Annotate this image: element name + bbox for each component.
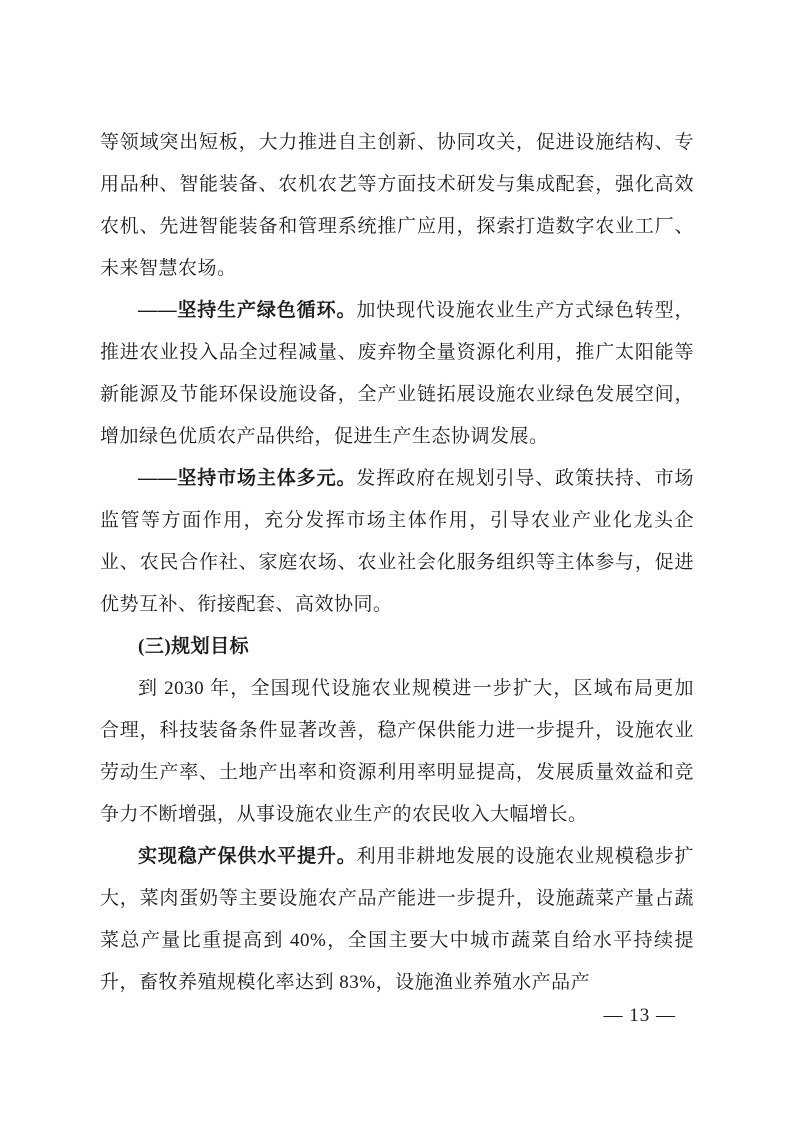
paragraph-2030-goals: 到 2030 年，全国现代设施农业规模进一步扩大，区域布局更加合理，科技装备条件… [100, 668, 694, 836]
document-page: 等领域突出短板，大力推进自主创新、协同攻关，促进设施结构、专用品种、智能装备、农… [0, 0, 794, 1123]
page-number: — 13 — [604, 1000, 677, 1032]
paragraph-stable-supply-level: 实现稳产保供水平提升。利用非耕地发展的设施农业规模稳步扩大，菜肉蛋奶等主要设施农… [100, 836, 694, 1004]
paragraph-green-production-principle: ——坚持生产绿色循环。加快现代设施农业生产方式绿色转型，推进农业投入品全过程减量… [100, 290, 694, 458]
section-heading-text: (三)规划目标 [138, 636, 249, 657]
paragraph-text: 加快现代设施农业生产方式绿色转型，推进农业投入品全过程减量、废弃物全量资源化利用… [100, 300, 694, 447]
paragraph-text: 利用非耕地发展的设施农业规模稳步扩大，菜肉蛋奶等主要设施农产品产能进一步提升，设… [100, 846, 694, 993]
paragraph-bold-lead: 实现稳产保供水平提升。 [138, 846, 357, 867]
paragraph-text: 等领域突出短板，大力推进自主创新、协同攻关，促进设施结构、专用品种、智能装备、农… [100, 132, 694, 279]
paragraph-bold-lead: ——坚持市场主体多元。 [138, 468, 356, 489]
section-heading-planning-goals: (三)规划目标 [100, 626, 694, 668]
document-body: 等领域突出短板，大力推进自主创新、协同攻关，促进设施结构、专用品种、智能装备、农… [100, 122, 694, 1004]
paragraph-text: 到 2030 年，全国现代设施农业规模进一步扩大，区域布局更加合理，科技装备条件… [100, 678, 694, 825]
paragraph-bold-lead: ——坚持生产绿色循环。 [138, 300, 356, 321]
paragraph-continuation: 等领域突出短板，大力推进自主创新、协同攻关，促进设施结构、专用品种、智能装备、农… [100, 122, 694, 290]
paragraph-market-entities-principle: ——坚持市场主体多元。发挥政府在规划引导、政策扶持、市场监管等方面作用，充分发挥… [100, 458, 694, 626]
paragraph-text: 发挥政府在规划引导、政策扶持、市场监管等方面作用，充分发挥市场主体作用，引导农业… [100, 468, 694, 615]
